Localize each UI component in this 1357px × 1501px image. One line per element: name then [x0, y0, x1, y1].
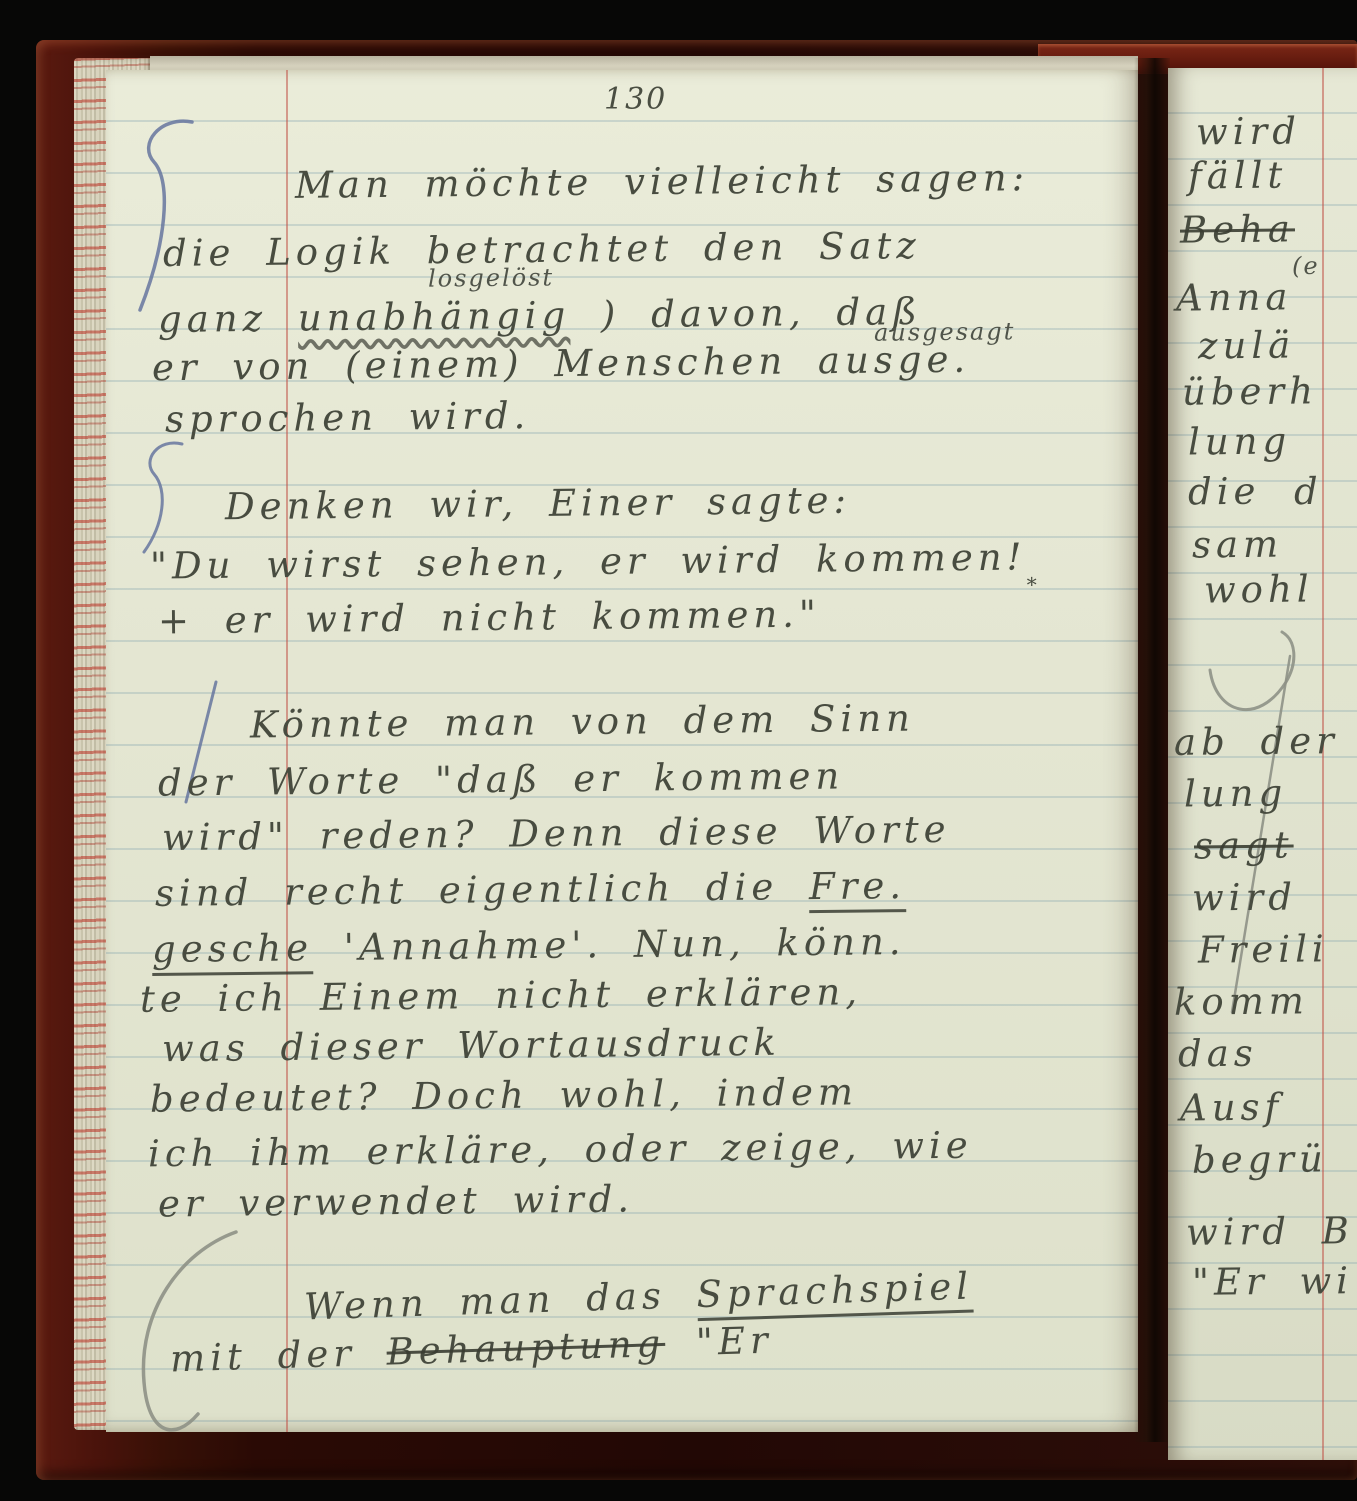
handwritten-line: + er wird nicht kommen.": [158, 593, 821, 643]
line-segment-underlined: gesche: [152, 926, 314, 976]
line-segment: ganz: [158, 297, 298, 341]
fragment-line: (e: [1292, 252, 1320, 280]
line-segment: 'Annahme'. Nun, könn.: [313, 920, 906, 969]
handwritten-line: der Worte "daß er kommen: [158, 754, 845, 804]
handwritten-line: "Du wirst sehen, er wird kommen!⁎: [150, 535, 1037, 599]
fragment-line: überh: [1182, 369, 1318, 413]
handwritten-line: er verwendet wird.: [158, 1178, 635, 1226]
section-mark-icon: [136, 436, 194, 560]
handwritten-line: Denken wir, Einer sagte:: [225, 479, 851, 529]
insertion-word: losgelöst: [428, 263, 554, 292]
handwritten-line: Man möchte vielleicht sagen:: [295, 156, 1030, 207]
fragment-line-struck: Beha: [1180, 207, 1295, 251]
handwritten-line: sprochen wird.: [165, 394, 531, 441]
handwritten-line: gesche 'Annahme'. Nun, könn.: [152, 920, 906, 971]
fragment-line: komm: [1174, 979, 1309, 1023]
handwritten-line: Könnte man von dem Sinn: [250, 697, 915, 747]
handwritten-line: mit der Behauptung "Er: [169, 1319, 773, 1381]
fragment-line: wird: [1192, 875, 1297, 919]
handwritten-line: ganz unabhängig ) davon, daß: [158, 290, 922, 341]
line-segment: "Er: [665, 1319, 774, 1365]
handwritten-line: er von (einem) Menschen ausge.: [152, 338, 971, 390]
fragment-line: begrü: [1192, 1137, 1328, 1181]
section-mark-icon: [128, 112, 208, 324]
fragment-line: Ausf: [1180, 1085, 1284, 1129]
line-segment-underlined: Fre.: [809, 864, 907, 913]
fragment-line: das: [1178, 1032, 1258, 1076]
line-segment: Wenn man das: [303, 1273, 697, 1328]
big-s-mark-icon: [124, 1220, 256, 1432]
fragment-line: die: [1188, 470, 1261, 514]
right-page: wird fällt Beha (e Anna zulä überh lung …: [1168, 68, 1357, 1460]
fragment-line: d: [1294, 470, 1323, 513]
line-segment-wavy-underline: unabhängig: [298, 294, 571, 340]
fragment-line: Anna: [1176, 275, 1293, 319]
manuscript-photo: 130 Man möchte vielleicht sagen: die Log…: [0, 0, 1357, 1501]
page-gutter-shadow: [1134, 58, 1170, 1442]
fragment-line: sam: [1192, 523, 1284, 567]
fragment-line: "Er wi: [1192, 1259, 1353, 1304]
line-segment: ) davon, daß: [570, 290, 922, 337]
line-segment: "Du wirst sehen, er wird kommen!: [150, 535, 1027, 587]
page-number: 130: [604, 82, 667, 117]
handwritten-line: was dieser Wortausdruck: [162, 1021, 781, 1070]
fragment-line: ab der: [1174, 719, 1339, 764]
fragment-line: wird: [1196, 109, 1301, 153]
handwritten-line: Wenn man das Sprachspiel: [303, 1265, 973, 1329]
fragment-line-struck: sagt: [1194, 823, 1294, 867]
line-segment-struck: Behauptung: [386, 1322, 666, 1374]
line-segment: mit der: [169, 1331, 387, 1381]
footnote-mark: ⁎: [1027, 566, 1037, 590]
fragment-line: wohl: [1204, 567, 1314, 611]
left-page-margin-line: [286, 70, 288, 1432]
fragment-line: fällt: [1188, 153, 1288, 197]
handwritten-line: ich ihm erkläre, oder zeige, wie: [148, 1124, 973, 1176]
fragment-line: zulä: [1198, 323, 1296, 367]
line-segment: sind recht eigentlich die: [155, 865, 809, 915]
handwritten-line: bedeutet? Doch wohl, indem: [150, 1070, 858, 1120]
fragment-line: lung: [1184, 771, 1288, 815]
line-segment-underlined: Sprachspiel: [696, 1265, 974, 1322]
fragment-line: wird B: [1186, 1209, 1354, 1254]
handwritten-line: sind recht eigentlich die Fre.: [155, 864, 906, 915]
fragment-line: Freili: [1198, 927, 1329, 971]
handwritten-line: te ich Einem nicht erklären,: [140, 970, 862, 1021]
left-page: 130 Man möchte vielleicht sagen: die Log…: [106, 70, 1138, 1432]
handwritten-line: wird" reden? Denn diese Worte: [162, 808, 951, 859]
fragment-line: lung: [1188, 419, 1292, 463]
